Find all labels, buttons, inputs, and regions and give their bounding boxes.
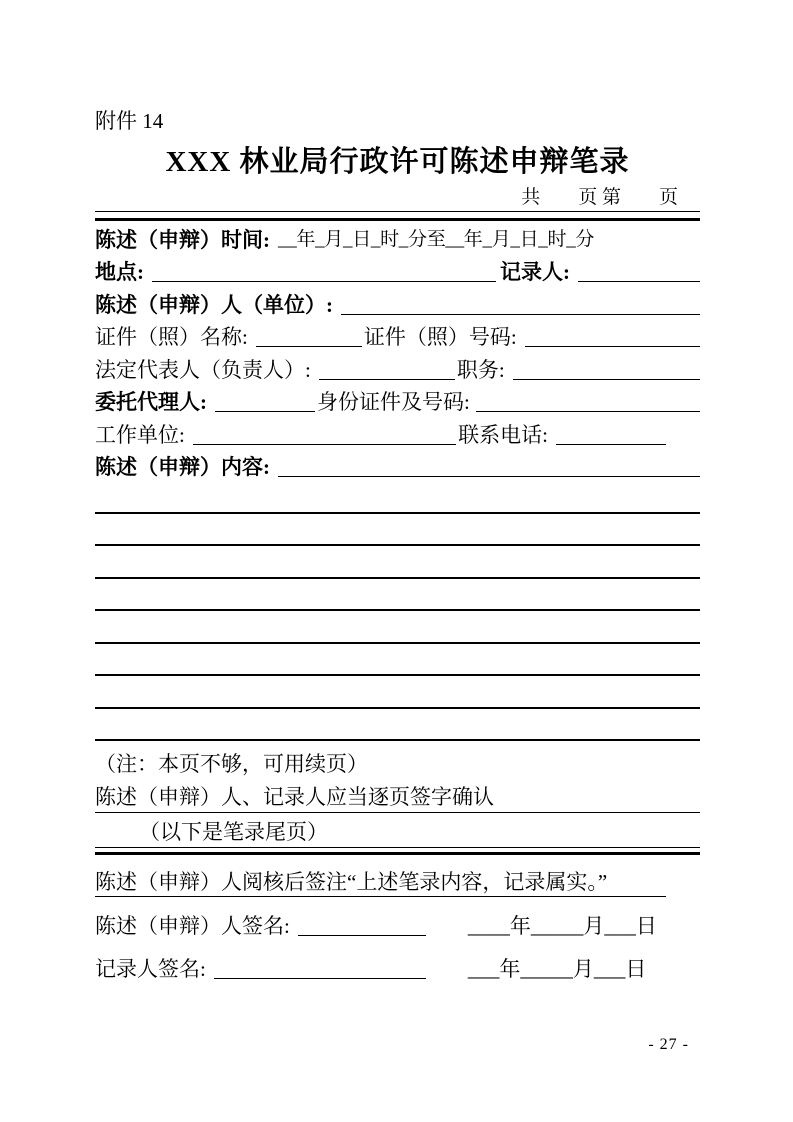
row-legal-rep: 法定代表人（负责人）: 职务:	[95, 351, 700, 384]
row-time: 陈述（申辩）时间: __年_月_日_时_分至__年_月_日_时_分	[95, 221, 700, 254]
cert-no-label: 证件（照）号码:	[362, 323, 525, 351]
content-blank-line	[95, 709, 700, 742]
row-work-unit: 工作单位: 联系电话:	[95, 416, 700, 449]
cert-no-underline	[525, 337, 700, 347]
sign-every-page-text: 陈述（申辩）人、记录人应当逐页签字确认	[95, 782, 494, 812]
location-underline	[152, 272, 496, 282]
position-label: 职务:	[455, 356, 513, 384]
recorder-signature-date-blanks: ___年_____月___日	[468, 955, 647, 983]
content-blank-line	[95, 644, 700, 677]
declarant-signature-underline	[298, 926, 426, 936]
row-continuation-note: （注：本页不够，可用续页）	[95, 741, 700, 778]
location-label: 地点:	[95, 258, 152, 286]
document-page: 附件 14 XXX 林业局行政许可陈述申辩笔录 共 页 第 页 陈述（申辩）时间…	[0, 0, 793, 1122]
time-blank-value: __年_月_日_时_分至__年_月_日_时_分	[278, 226, 594, 254]
legal-rep-label: 法定代表人（负责人）:	[95, 356, 319, 384]
content-blank-line	[95, 546, 700, 579]
declarant-unit-underline	[341, 305, 700, 315]
agent-underline	[215, 402, 315, 412]
review-statement-text: 陈述（申辩）人阅核后签注“上述笔录内容，记录属实。”	[95, 869, 666, 897]
position-underline	[513, 370, 700, 380]
row-certificate: 证件（照）名称: 证件（照）号码:	[95, 319, 700, 352]
cert-name-label: 证件（照）名称:	[95, 323, 256, 351]
row-recorder-signature: 记录人签名: ___年_____月___日	[95, 940, 700, 983]
row-content-label: 陈述（申辩）内容:	[95, 449, 700, 482]
content-blank-line	[95, 481, 700, 514]
row-location: 地点: 记录人:	[95, 254, 700, 287]
agent-label: 委托代理人:	[95, 388, 215, 416]
row-sign-every-page: 陈述（申辩）人、记录人应当逐页签字确认	[95, 778, 700, 813]
declarant-signature-date-blanks: ____年_____月___日	[468, 912, 657, 940]
tail-page-text: （以下是笔录尾页）	[95, 817, 328, 847]
work-unit-label: 工作单位:	[95, 421, 193, 449]
time-label: 陈述（申辩）时间:	[95, 226, 278, 254]
cert-name-underline	[256, 337, 362, 347]
legal-rep-underline	[319, 370, 455, 380]
recorder-signature-underline	[214, 969, 426, 979]
work-unit-underline	[193, 435, 456, 445]
continuation-note-text: （注：本页不够，可用续页）	[95, 750, 368, 778]
agent-id-label: 身份证件及号码:	[315, 388, 476, 416]
page-title: XXX 林业局行政许可陈述申辩笔录	[95, 143, 700, 181]
recorder-label: 记录人:	[496, 258, 578, 286]
agent-id-underline	[476, 402, 700, 412]
declarant-signature-label: 陈述（申辩）人签名:	[95, 912, 298, 940]
row-declarant-unit: 陈述（申辩）人（单位）:	[95, 286, 700, 319]
content-blank-lines	[95, 481, 700, 741]
content-blank-line	[95, 514, 700, 547]
row-agent: 委托代理人: 身份证件及号码:	[95, 384, 700, 417]
content-first-underline	[278, 467, 700, 477]
recorder-signature-label: 记录人签名:	[95, 955, 214, 983]
declarant-unit-label: 陈述（申辩）人（单位）:	[95, 291, 341, 319]
tail-thick-rule	[95, 852, 700, 855]
content-label: 陈述（申辩）内容:	[95, 453, 278, 481]
attachment-label: 附件 14	[95, 108, 700, 134]
row-tail-page: （以下是笔录尾页）	[95, 813, 700, 848]
content-blank-line	[95, 611, 700, 644]
row-declarant-signature: 陈述（申辩）人签名: ____年_____月___日	[95, 897, 700, 940]
recorder-underline	[578, 272, 700, 282]
content-blank-line	[95, 579, 700, 612]
footer-page-number: - 27 -	[648, 1036, 689, 1054]
page-counter: 共 页 第 页	[95, 186, 700, 212]
row-review-statement: 陈述（申辩）人阅核后签注“上述笔录内容，记录属实。”	[95, 869, 700, 897]
phone-underline	[556, 435, 666, 445]
content-blank-line	[95, 676, 700, 709]
phone-label: 联系电话:	[456, 421, 556, 449]
